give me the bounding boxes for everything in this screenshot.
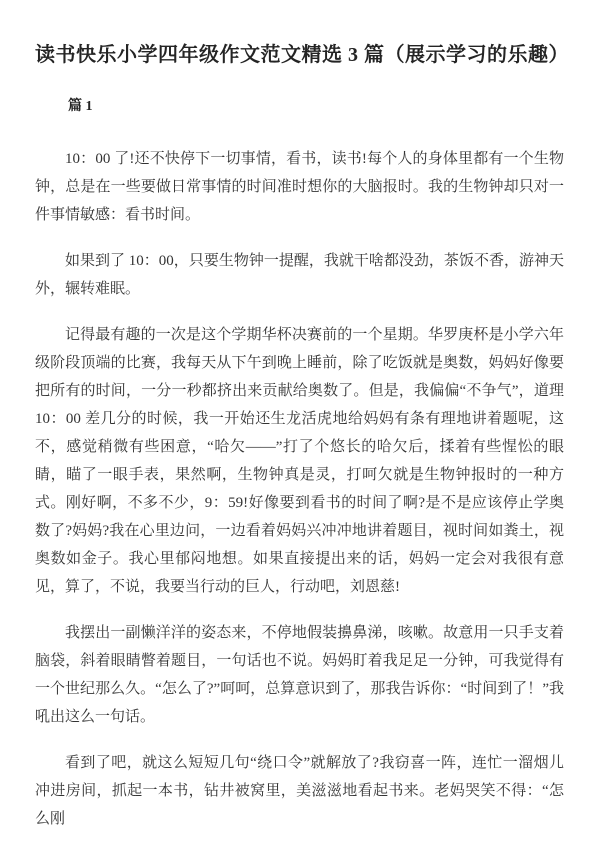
paragraph-4: 我摆出一副懒洋洋的姿态来，不停地假装擤鼻涕，咳嗽。故意用一只手支着脑袋，斜着眼睛… [35, 619, 564, 731]
paragraph-3: 记得最有趣的一次是这个学期华杯决赛前的一个星期。华罗庚杯是小学六年级阶段顶端的比… [35, 321, 564, 601]
section-label: 篇 1 [68, 95, 564, 115]
document-title: 读书快乐小学四年级作文范文精选 3 篇（展示学习的乐趣） [35, 40, 564, 70]
paragraph-5: 看到了吧，就这么短短几句“绕口令”就解放了?我窃喜一阵，连忙一溜烟儿冲进房间，抓… [35, 749, 564, 833]
paragraph-1: 10：00 了!还不快停下一切事情，看书，读书!每个人的身体里都有一个生物钟，总… [35, 145, 564, 229]
document-page: 读书快乐小学四年级作文范文精选 3 篇（展示学习的乐趣） 篇 1 10：00 了… [0, 0, 600, 849]
document-body: 10：00 了!还不快停下一切事情，看书，读书!每个人的身体里都有一个生物钟，总… [35, 145, 564, 833]
paragraph-2: 如果到了 10：00，只要生物钟一提醒，我就干啥都没劲，茶饭不香，游神天外，辗转… [35, 247, 564, 303]
